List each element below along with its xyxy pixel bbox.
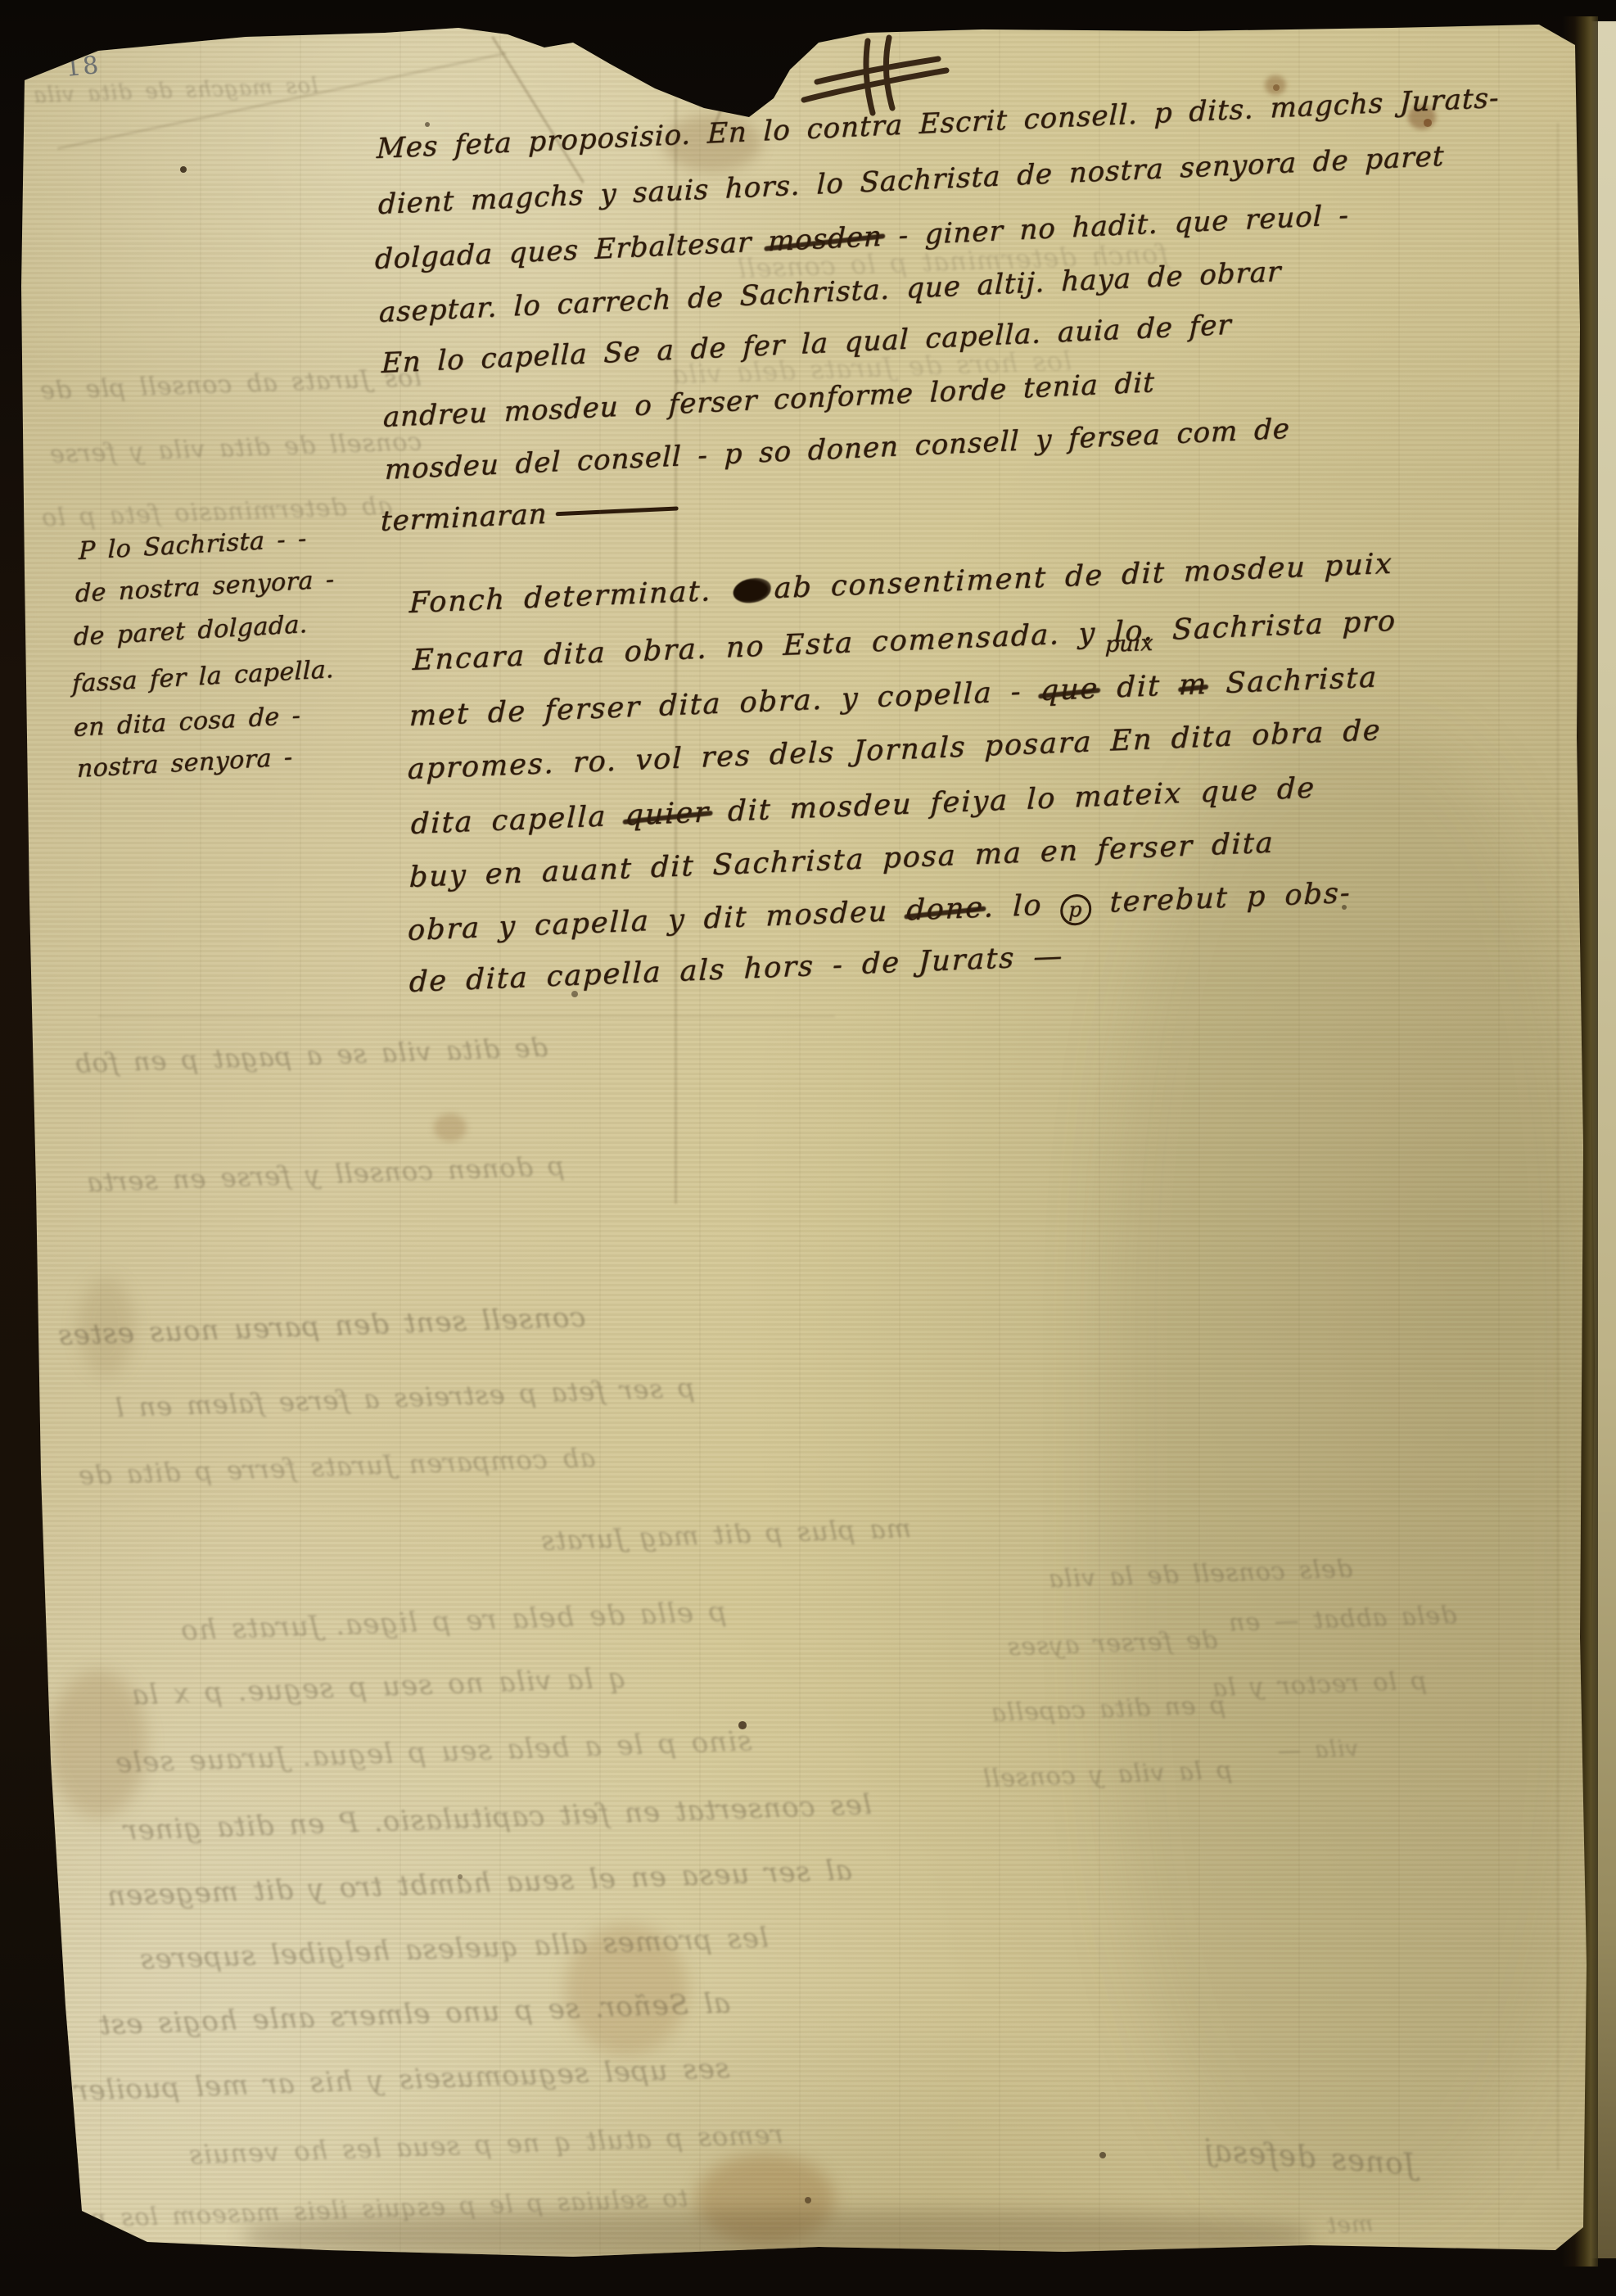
bleedthrough-text: de dita vila se a pagat p en fob (74, 1032, 548, 1079)
bleedthrough-text: met (1325, 2210, 1373, 2239)
stain (696, 2154, 835, 2244)
text-line: buy en auant dit Sachrista posa ma en fe… (409, 827, 1275, 895)
margin-note-line: de nostra senyora - (75, 565, 335, 608)
bleedthrough-text: p ser feta p estreies a ferse falem en l (115, 1372, 696, 1424)
bleedthrough-text: de ferser ayses (1006, 1626, 1217, 1662)
struck-word: m (1179, 668, 1208, 702)
struck-word: que (1040, 672, 1099, 707)
bleedthrough-text: ses upel seguomuseis y his ar mel puoile… (74, 2052, 730, 2108)
margin-note-line: P lo Sachrista - - (79, 524, 307, 566)
stain (78, 1277, 135, 1376)
bleedthrough-text: p donen consell y ferse en serta (86, 1150, 566, 1198)
bleedthrough-text: dels consell de la vila (1048, 1555, 1353, 1594)
margin-note-line: de paret dolgada. (74, 610, 308, 652)
bleedthrough-text: vila — (1276, 1734, 1358, 1764)
bleedthrough-text: dela abbat — en (1227, 1601, 1456, 1638)
stain (434, 1114, 467, 1141)
margin-note-line: fassa fer la capella. (72, 655, 335, 698)
bleedthrough-text: to seluias p le p esquis ileis maseom lo… (90, 2184, 688, 2233)
bleedthrough-text: los Jurats ab consell ple de (39, 364, 422, 405)
struck-word: mosden (768, 220, 883, 258)
bleedthrough-text: ab comparen Jurats ferre p dita de (78, 1442, 596, 1491)
ink-specks (0, 0, 3, 3)
circled-letter: p (1060, 893, 1092, 926)
stain (1105, 737, 1596, 2211)
interlinear-insertion: puix (1104, 630, 1153, 658)
bleedthrough-text: les consertat en feit capitulasio. P en … (123, 1788, 873, 1847)
bleedthrough-text: Jones defesaj (1203, 2134, 1417, 2182)
crease (1557, 123, 1559, 2170)
text-line: Fonch determinat. ab consentiment de dit… (409, 548, 1393, 620)
stain (565, 1924, 688, 2055)
bleedthrough-text: sino p le a bela seu p legua. Juraue sel… (115, 1724, 753, 1779)
bleedthrough-text: p ella de bela re p ligea. Jurats ho (180, 1595, 728, 1647)
struck-word: done (906, 892, 985, 928)
bleedthrough-text: al ser uesa en el seua hambt tro y dit m… (106, 1854, 853, 1913)
bleedthrough-text: p en dita capella (990, 1691, 1226, 1728)
bleedthrough-text: p la vila y consell (982, 1756, 1232, 1794)
bleedthrough-text: les promes alla quelesa helgibel superes (139, 1922, 770, 1977)
bleedthrough-text: p lo rector y la (1211, 1666, 1427, 1702)
struck-word: quier (625, 796, 711, 832)
stain (246, 2211, 1310, 2260)
crease (491, 36, 585, 183)
bleedthrough-text: consell sent den pareu nous estes (56, 1301, 586, 1353)
ink-blot (733, 577, 771, 603)
bleedthrough-text: ma plus p dit mag Jurats (539, 1512, 911, 1557)
margin-note-line: en dita cosa de - (74, 701, 301, 743)
text-line: de dita capella als hors - de Jurats — (409, 940, 1064, 999)
margin-note-line: nostra senyora - (77, 743, 293, 784)
manuscript-page: los magchs de dita vila los Jurats ab co… (0, 0, 1616, 2296)
flourish-rule (555, 506, 678, 516)
bleedthrough-text: ab determinasio feta p lo (41, 492, 393, 533)
bleedthrough-text: remos p atult q ne p seua les ho venuis (188, 2118, 784, 2170)
bleedthrough-text: al Señor. se p uno elmers anle hogis est (98, 1987, 731, 2042)
text-line: terminaran (381, 491, 679, 538)
manuscript-photo: los magchs de dita vila los Jurats ab co… (0, 0, 1616, 2296)
stain (49, 1670, 147, 1818)
bleedthrough-text: q la vila no seu p segue. p x la (130, 1661, 626, 1711)
crease (98, 1015, 835, 1017)
bleedthrough-text: consell de dita vila y ferse (49, 427, 422, 469)
folio-number: 18 (64, 51, 102, 83)
